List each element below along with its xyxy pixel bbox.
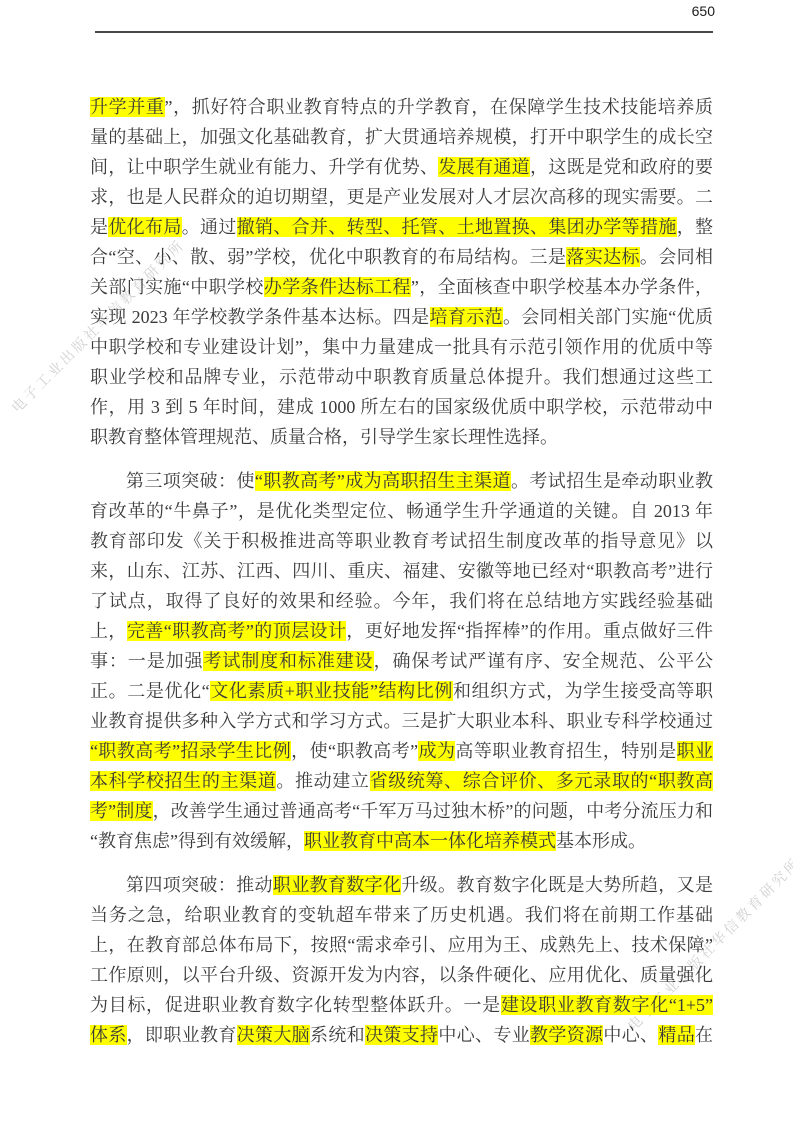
highlighted-text: 教学资源 (530, 1025, 603, 1045)
paragraph: 升学并重”，抓好符合职业教育特点的升学教育，在保障学生技术技能培养质量的基础上，… (90, 92, 713, 452)
text-line: 体系，即职业教育决策大脑系统和决策支持中心、专业教学资源中心、精品在 (90, 1020, 713, 1050)
text-segment: 关部门实施“中职学校 (90, 277, 264, 297)
text-line: 间，让中职学生就业有能力、升学有优势、发展有通道，这既是党和政府的要 (90, 152, 713, 182)
highlighted-text: 决策支持 (365, 1025, 438, 1045)
text-line: 求，也是人民群众的迫切期望，更是产业发展对人才层次高移的现实需要。二 (90, 182, 713, 212)
text-segment: 。推动建立 (276, 771, 369, 791)
text-segment: 是 (90, 217, 108, 237)
text-line: 职教育整体管理规范、质量合格，引导学生家长理性选择。 (90, 422, 713, 452)
text-line: 上，在教育部总体布局下，按照“需求牵引、应用为王、成熟先上、技术保障” (90, 930, 713, 960)
text-segment: 事：一是加强 (90, 651, 203, 671)
text-segment: ，改善学生通过普通高考“千军万马过独木桥”的问题，中考分流压力和 (153, 801, 713, 821)
highlighted-text: 发展有通道 (438, 157, 530, 177)
text-segment: 上，在教育部总体布局下，按照“需求牵引、应用为王、成熟先上、技术保障” (90, 935, 713, 955)
text-line: 业教育提供多种入学方式和学习方式。三是扩大职业本科、职业专科学校通过 (90, 706, 713, 736)
text-segment: 了试点，取得了良好的效果和经验。今年，我们将在总结地方实践经验基础 (90, 591, 713, 611)
text-segment: 职业学校和品牌专业，示范带动中职教育质量总体提升。我们想通过这些工 (90, 367, 713, 387)
text-line: 合“空、小、散、弱”学校，优化中职教育的布局结构。三是落实达标。会同相 (90, 242, 713, 272)
text-segment: 高等职业教育招生，特别是 (455, 741, 676, 761)
text-segment: 上， (90, 621, 127, 641)
text-segment: 职教育整体管理规范、质量合格，引导学生家长理性选择。 (90, 427, 558, 447)
highlighted-text: 职业教育中高本一体化培养模式 (304, 831, 556, 851)
text-segment: 为目标，促进职业教育数字化转型整体跃升。一是 (90, 995, 501, 1015)
highlighted-text: 体系 (90, 1025, 127, 1045)
highlighted-text: 办学条件达标工程 (264, 277, 411, 297)
document-page: 650 电子工业出版社华信教育研究所 电子工业出版社华信教育研究所 升学并重”，… (0, 0, 793, 1122)
text-segment: 。会同相关部门实施“优质 (503, 307, 713, 327)
text-segment: ，使“职教高考” (291, 741, 418, 761)
highlighted-text: 升学并重 (90, 97, 165, 117)
text-segment: 和组织方式，为学生接受高等职 (453, 681, 713, 701)
text-segment: 。会同相 (640, 247, 713, 267)
text-segment: 当务之急，给职业教育的变轨超车带来了历史机遇。我们将在前期工作基础 (90, 905, 713, 925)
text-line: 实现 2023 年学校教学条件基本达标。四是培育示范。会同相关部门实施“优质 (90, 302, 713, 332)
text-line: 作，用 3 到 5 年时间，建成 1000 所左右的国家级优质中职学校，示范带动… (90, 392, 713, 422)
text-line: 升学并重”，抓好符合职业教育特点的升学教育，在保障学生技术技能培养质 (90, 92, 713, 122)
text-line: 关部门实施“中职学校办学条件达标工程”，全面核查中职学校基本办学条件， (90, 272, 713, 302)
text-segment: 系统和 (310, 1025, 365, 1045)
paragraph: 第三项突破：使“职教高考”成为高职招生主渠道。考试招生是牵动职业教育改革的“牛鼻… (90, 466, 713, 856)
text-segment: 教育部印发《关于积极推进高等职业教育考试招生制度改革的指导意见》以 (90, 531, 713, 551)
text-segment: 合“空、小、散、弱”学校，优化中职教育的布局结构。三是 (90, 247, 566, 267)
text-segment: “教育焦虑”得到有效缓解， (90, 831, 304, 851)
paragraph: 第四项突破：推动职业教育数字化升级。教育数字化既是大势所趋，又是当务之急，给职业… (90, 870, 713, 1050)
text-line: 量的基础上，加强文化基础教育，扩大贯通培养规模，打开中职学生的成长空 (90, 122, 713, 152)
text-line: 为目标，促进职业教育数字化转型整体跃升。一是建设职业教育数字化“1+5” (90, 990, 713, 1020)
text-segment: 育改革的“牛鼻子”，是优化类型定位、畅通学生升学通道的关键。自 2013 年 (90, 501, 713, 521)
text-line: 育改革的“牛鼻子”，是优化类型定位、畅通学生升学通道的关键。自 2013 年 (90, 496, 713, 526)
page-number: 650 (660, 3, 715, 19)
text-line: 当务之急，给职业教育的变轨超车带来了历史机遇。我们将在前期工作基础 (90, 900, 713, 930)
text-line: 来，山东、江苏、江西、四川、重庆、福建、安徽等地已经对“职教高考”进行 (90, 556, 713, 586)
highlighted-text: 培育示范 (430, 307, 503, 327)
text-line: 第四项突破：推动职业教育数字化升级。教育数字化既是大势所趋，又是 (90, 870, 713, 900)
text-line: 考”制度，改善学生通过普通高考“千军万马过独木桥”的问题，中考分流压力和 (90, 796, 713, 826)
highlighted-text: 考”制度 (90, 801, 153, 821)
highlighted-text: 精品 (658, 1025, 695, 1045)
text-segment: ，这既是党和政府的要 (530, 157, 713, 177)
text-segment: 在 (695, 1025, 713, 1045)
text-segment: 量的基础上，加强文化基础教育，扩大贯通培养规模，打开中职学生的成长空 (90, 127, 713, 147)
text-segment: 实现 2023 年学校教学条件基本达标。四是 (90, 307, 430, 327)
header-rule (95, 31, 713, 33)
text-segment: ，更好地发挥“指挥棒”的作用。重点做好三件 (346, 621, 713, 641)
highlighted-text: 成为 (418, 741, 455, 761)
text-segment: ”，全面核查中职学校基本办学条件， (411, 277, 713, 297)
highlighted-text: 优化布局 (108, 217, 181, 237)
text-segment: 基本形成。 (556, 831, 646, 851)
highlighted-text: 撤销、合并、转型、托管、土地置换、集团办学等措施 (237, 217, 677, 237)
text-segment: 业教育提供多种入学方式和学习方式。三是扩大职业本科、职业专科学校通过 (90, 711, 713, 731)
text-segment: ，即职业教育 (127, 1025, 237, 1045)
text-line: 工作原则，以平台升级、资源开发为内容，以条件硬化、应用优化、质量强化 (90, 960, 713, 990)
text-line: 上，完善“职教高考”的顶层设计，更好地发挥“指挥棒”的作用。重点做好三件 (90, 616, 713, 646)
text-line: 事：一是加强考试制度和标准建设，确保考试严谨有序、安全规范、公平公 (90, 646, 713, 676)
text-line: 本科学校招生的主渠道。推动建立省级统筹、综合评价、多元录取的“职教高 (90, 766, 713, 796)
text-segment: 中心、 (603, 1025, 658, 1045)
highlighted-text: 完善“职教高考”的顶层设计 (127, 621, 347, 641)
text-line: 是优化布局。通过撤销、合并、转型、托管、土地置换、集团办学等措施，整 (90, 212, 713, 242)
text-segment: 第四项突破：推动 (126, 875, 273, 895)
text-segment: ，整 (677, 217, 713, 237)
highlighted-text: “职教高考”招录学生比例 (90, 741, 291, 761)
text-line: 职业学校和品牌专业，示范带动中职教育质量总体提升。我们想通过这些工 (90, 362, 713, 392)
highlighted-text: “职教高考”成为高职招生主渠道 (255, 471, 511, 491)
text-line: 中职学校和专业建设计划”，集中力量建成一批具有示范引领作用的优质中等 (90, 332, 713, 362)
text-segment: 第三项突破：使 (126, 471, 255, 491)
highlighted-text: 职业教育数字化 (273, 875, 401, 895)
text-line: “教育焦虑”得到有效缓解，职业教育中高本一体化培养模式基本形成。 (90, 826, 713, 856)
text-segment: 。通过 (182, 217, 237, 237)
highlighted-text: 省级统筹、综合评价、多元录取的“职教高 (370, 771, 713, 791)
text-segment: 中职学校和专业建设计划”，集中力量建成一批具有示范引领作用的优质中等 (90, 337, 713, 357)
text-segment: 正。二是优化“ (90, 681, 210, 701)
text-segment: 来，山东、江苏、江西、四川、重庆、福建、安徽等地已经对“职教高考”进行 (90, 561, 713, 581)
text-line: 教育部印发《关于积极推进高等职业教育考试招生制度改革的指导意见》以 (90, 526, 713, 556)
text-segment: ，确保考试严谨有序、安全规范、公平公 (374, 651, 713, 671)
text-segment: 工作原则，以平台升级、资源开发为内容，以条件硬化、应用优化、质量强化 (90, 965, 713, 985)
text-line: 第三项突破：使“职教高考”成为高职招生主渠道。考试招生是牵动职业教 (90, 466, 713, 496)
text-segment: ”，抓好符合职业教育特点的升学教育，在保障学生技术技能培养质 (165, 97, 713, 117)
highlighted-text: 建设职业教育数字化“1+5” (501, 995, 713, 1015)
text-segment: 升级。教育数字化既是大势所趋，又是 (401, 875, 713, 895)
text-line: “职教高考”招录学生比例，使“职教高考”成为高等职业教育招生，特别是职业 (90, 736, 713, 766)
highlighted-text: 文化素质+职业技能”结构比例 (210, 681, 453, 701)
text-line: 了试点，取得了良好的效果和经验。今年，我们将在总结地方实践经验基础 (90, 586, 713, 616)
highlighted-text: 考试制度和标准建设 (203, 651, 373, 671)
highlighted-text: 决策大脑 (237, 1025, 310, 1045)
body-text: 升学并重”，抓好符合职业教育特点的升学教育，在保障学生技术技能培养质量的基础上，… (90, 92, 713, 1050)
highlighted-text: 职业 (677, 741, 713, 761)
text-segment: 。考试招生是牵动职业教 (511, 471, 713, 491)
text-segment: 求，也是人民群众的迫切期望，更是产业发展对人才层次高移的现实需要。二 (90, 187, 713, 207)
text-segment: 间，让中职学生就业有能力、升学有优势、 (90, 157, 438, 177)
text-segment: 中心、专业 (438, 1025, 530, 1045)
highlighted-text: 落实达标 (566, 247, 640, 267)
text-segment: 作，用 3 到 5 年时间，建成 1000 所左右的国家级优质中职学校，示范带动… (90, 397, 713, 417)
highlighted-text: 本科学校招生的主渠道 (90, 771, 276, 791)
text-line: 正。二是优化“文化素质+职业技能”结构比例和组织方式，为学生接受高等职 (90, 676, 713, 706)
